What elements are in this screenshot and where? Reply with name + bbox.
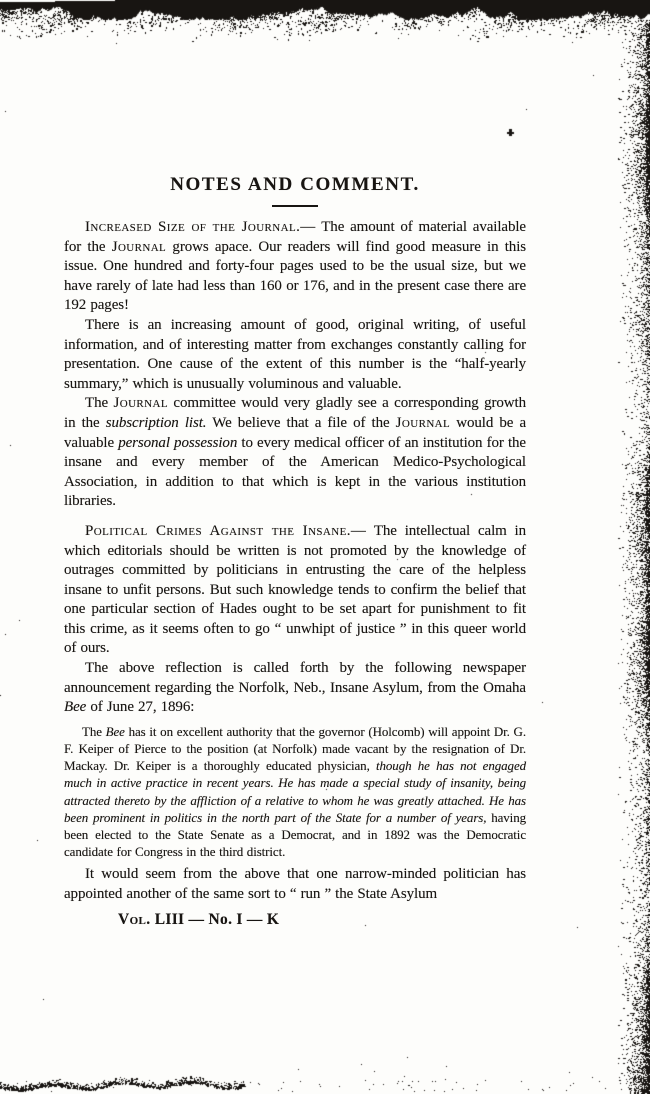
text-segment: The above reflection is called forth by … bbox=[64, 660, 526, 696]
text-segment: Vol. bbox=[118, 911, 151, 928]
text-segment: Bee bbox=[64, 699, 86, 715]
text-segment: Journal bbox=[113, 395, 167, 411]
text-segment: of June 27, 1896: bbox=[86, 699, 194, 715]
text-segment: The intellectual calm in which editorial… bbox=[64, 523, 526, 657]
text-segment: Increased Size of the Journal.— bbox=[85, 219, 316, 235]
page-title: NOTES AND COMMENT. bbox=[64, 174, 526, 196]
scanned-page: NOTES AND COMMENT. Increased Size of the… bbox=[0, 0, 650, 1094]
par-above-reflection: The above reflection is called forth by … bbox=[64, 659, 526, 718]
par-increasing-amount: There is an increasing amount of good, o… bbox=[64, 316, 526, 394]
text-segment: Bee bbox=[106, 724, 125, 739]
text-segment: subscription list. bbox=[106, 415, 207, 431]
par-political-crimes: Political Crimes Against the Insane.— Th… bbox=[64, 522, 526, 659]
volume-footer: Vol. LIII — No. I — K bbox=[64, 910, 526, 929]
text-segment: personal possession bbox=[118, 435, 237, 451]
text-segment: Journal bbox=[396, 415, 450, 431]
par-bee-quote: The Bee has it on excellent authority th… bbox=[64, 723, 526, 861]
text-segment: The bbox=[85, 395, 113, 411]
par-journal-committee: The Journal committee would very gladly … bbox=[64, 394, 526, 512]
page-content: NOTES AND COMMENT. Increased Size of the… bbox=[64, 0, 526, 929]
text-segment: We believe that a file of the bbox=[206, 415, 395, 431]
text-segment: The bbox=[82, 724, 106, 739]
article-body: Increased Size of the Journal.— The amou… bbox=[64, 218, 526, 905]
title-divider bbox=[272, 205, 318, 207]
text-segment: LIII — No. I — K bbox=[151, 911, 280, 928]
text-segment: It would seem from the above that one na… bbox=[64, 866, 526, 902]
text-segment: There is an increasing amount of good, o… bbox=[64, 317, 526, 392]
text-segment: Journal bbox=[112, 239, 166, 255]
text-segment: Political Crimes Against the Insane.— bbox=[85, 523, 366, 539]
par-it-would-seem: It would seem from the above that one na… bbox=[64, 865, 526, 904]
par-increased-size: Increased Size of the Journal.— The amou… bbox=[64, 218, 526, 316]
